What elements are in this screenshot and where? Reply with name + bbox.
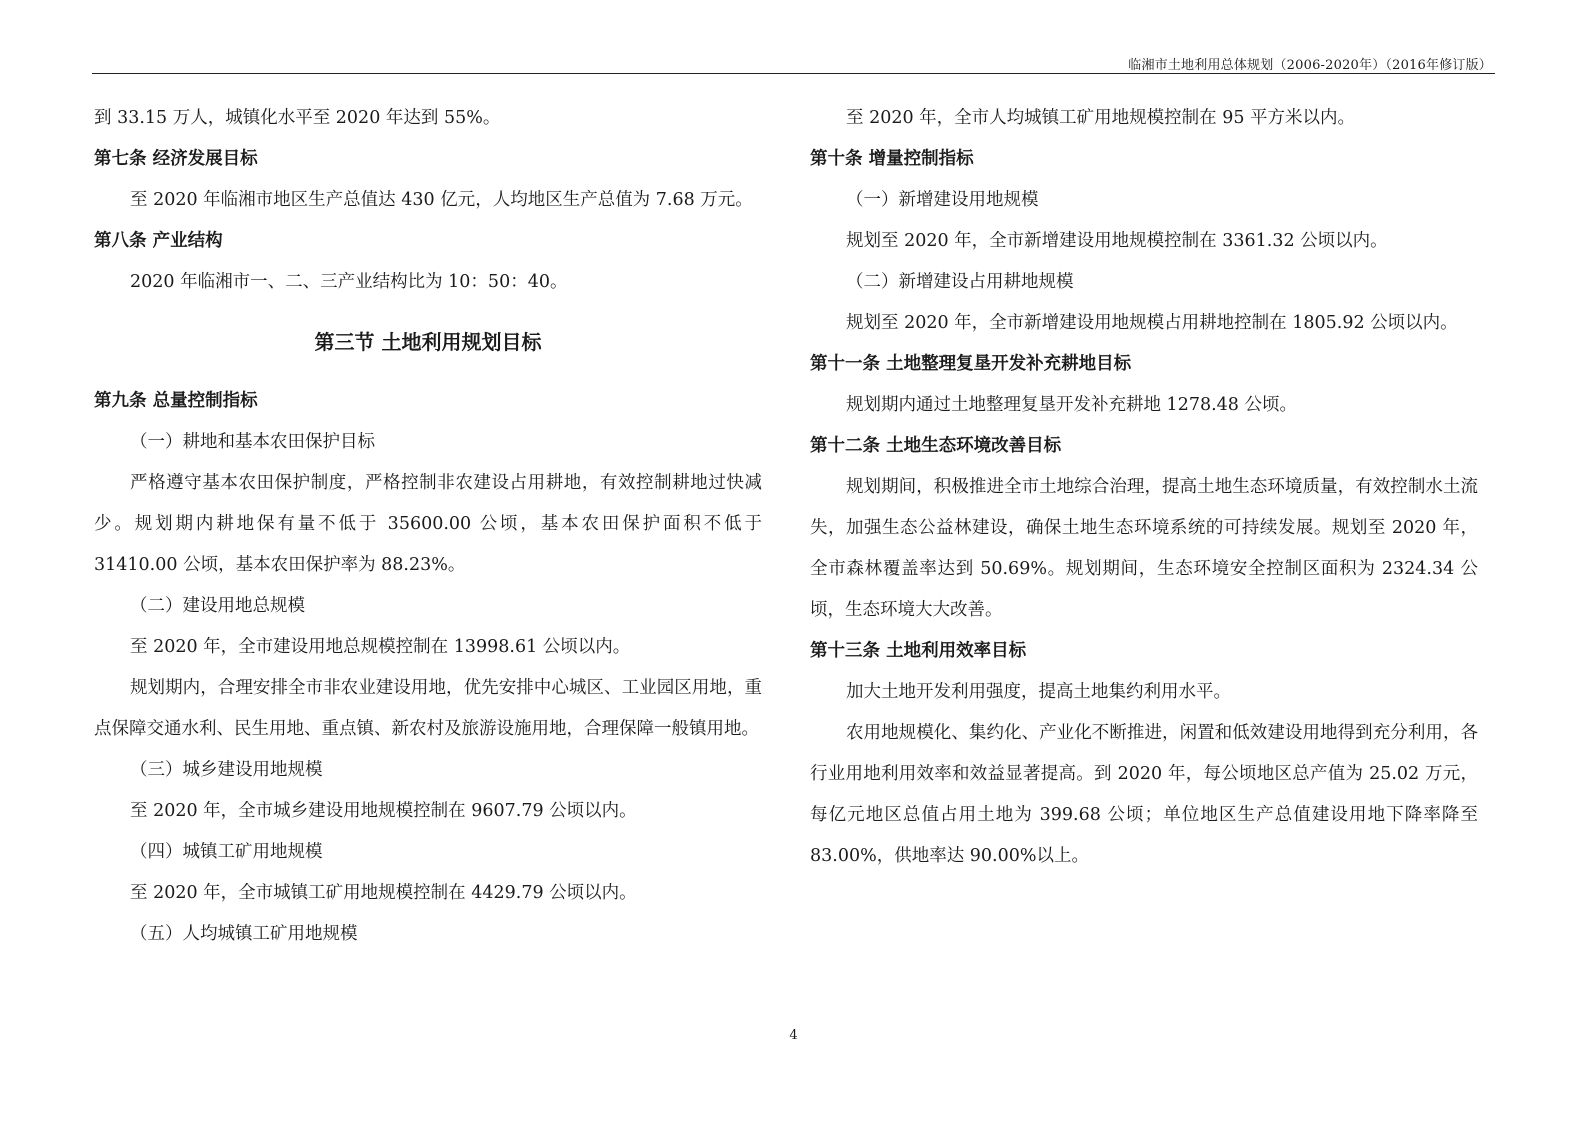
page-number: 4 bbox=[0, 1028, 1587, 1043]
article-10-sub2-text: 规划至 2020 年，全市新增建设用地规模占用耕地控制在 1805.92 公顷以… bbox=[810, 303, 1478, 344]
article-13-text2: 农用地规模化、集约化、产业化不断推进，闲置和低效建设用地得到充分利用，各行业用地… bbox=[810, 713, 1478, 877]
article-11-heading: 第十一条 土地整理复垦开发补充耕地目标 bbox=[810, 344, 1478, 385]
article-10-sub1-text: 规划至 2020 年，全市新增建设用地规模控制在 3361.32 公顷以内。 bbox=[810, 221, 1478, 262]
right-column: 至 2020 年，全市人均城镇工矿用地规模控制在 95 平方米以内。 第十条 增… bbox=[810, 98, 1478, 877]
article-8-text: 2020 年临湘市一、二、三产业结构比为 10：50：40。 bbox=[94, 262, 762, 303]
continuation-text: 到 33.15 万人，城镇化水平至 2020 年达到 55%。 bbox=[94, 98, 762, 139]
article-12-text: 规划期间，积极推进全市土地综合治理，提高土地生态环境质量，有效控制水土流失，加强… bbox=[810, 467, 1478, 631]
article-9-heading: 第九条 总量控制指标 bbox=[94, 381, 762, 422]
article-9-sub4-text: 至 2020 年，全市城镇工矿用地规模控制在 4429.79 公顷以内。 bbox=[94, 873, 762, 914]
article-7-text: 至 2020 年临湘市地区生产总值达 430 亿元，人均地区生产总值为 7.68… bbox=[94, 180, 762, 221]
article-9-sub3-text: 至 2020 年，全市城乡建设用地规模控制在 9607.79 公顷以内。 bbox=[94, 791, 762, 832]
section-title: 第三节 土地利用规划目标 bbox=[94, 322, 762, 363]
article-13-heading: 第十三条 土地利用效率目标 bbox=[810, 631, 1478, 672]
article-9-sub1-text: 严格遵守基本农田保护制度，严格控制非农建设占用耕地，有效控制耕地过快减少。规划期… bbox=[94, 463, 762, 586]
header-divider bbox=[92, 73, 1495, 74]
document-title-header: 临湘市土地利用总体规划（2006-2020年）（2016年修订版） bbox=[1128, 54, 1492, 73]
article-10-sub1-title: （一）新增建设用地规模 bbox=[810, 180, 1478, 221]
article-9-sub5-title: （五）人均城镇工矿用地规模 bbox=[94, 914, 762, 955]
article-11-text: 规划期内通过土地整理复垦开发补充耕地 1278.48 公顷。 bbox=[810, 385, 1478, 426]
article-10-heading: 第十条 增量控制指标 bbox=[810, 139, 1478, 180]
left-column: 到 33.15 万人，城镇化水平至 2020 年达到 55%。 第七条 经济发展… bbox=[94, 98, 762, 955]
article-9-sub1-title: （一）耕地和基本农田保护目标 bbox=[94, 422, 762, 463]
article-9-sub2-text2: 规划期内，合理安排全市非农业建设用地，优先安排中心城区、工业园区用地，重点保障交… bbox=[94, 668, 762, 750]
article-10-sub2-title: （二）新增建设占用耕地规模 bbox=[810, 262, 1478, 303]
article-13-text1: 加大土地开发利用强度，提高土地集约利用水平。 bbox=[810, 672, 1478, 713]
article-9-sub5-text: 至 2020 年，全市人均城镇工矿用地规模控制在 95 平方米以内。 bbox=[810, 98, 1478, 139]
article-8-heading: 第八条 产业结构 bbox=[94, 221, 762, 262]
article-12-heading: 第十二条 土地生态环境改善目标 bbox=[810, 426, 1478, 467]
article-7-heading: 第七条 经济发展目标 bbox=[94, 139, 762, 180]
article-9-sub2-text1: 至 2020 年，全市建设用地总规模控制在 13998.61 公顷以内。 bbox=[94, 627, 762, 668]
article-9-sub3-title: （三）城乡建设用地规模 bbox=[94, 750, 762, 791]
article-9-sub4-title: （四）城镇工矿用地规模 bbox=[94, 832, 762, 873]
article-9-sub2-title: （二）建设用地总规模 bbox=[94, 586, 762, 627]
